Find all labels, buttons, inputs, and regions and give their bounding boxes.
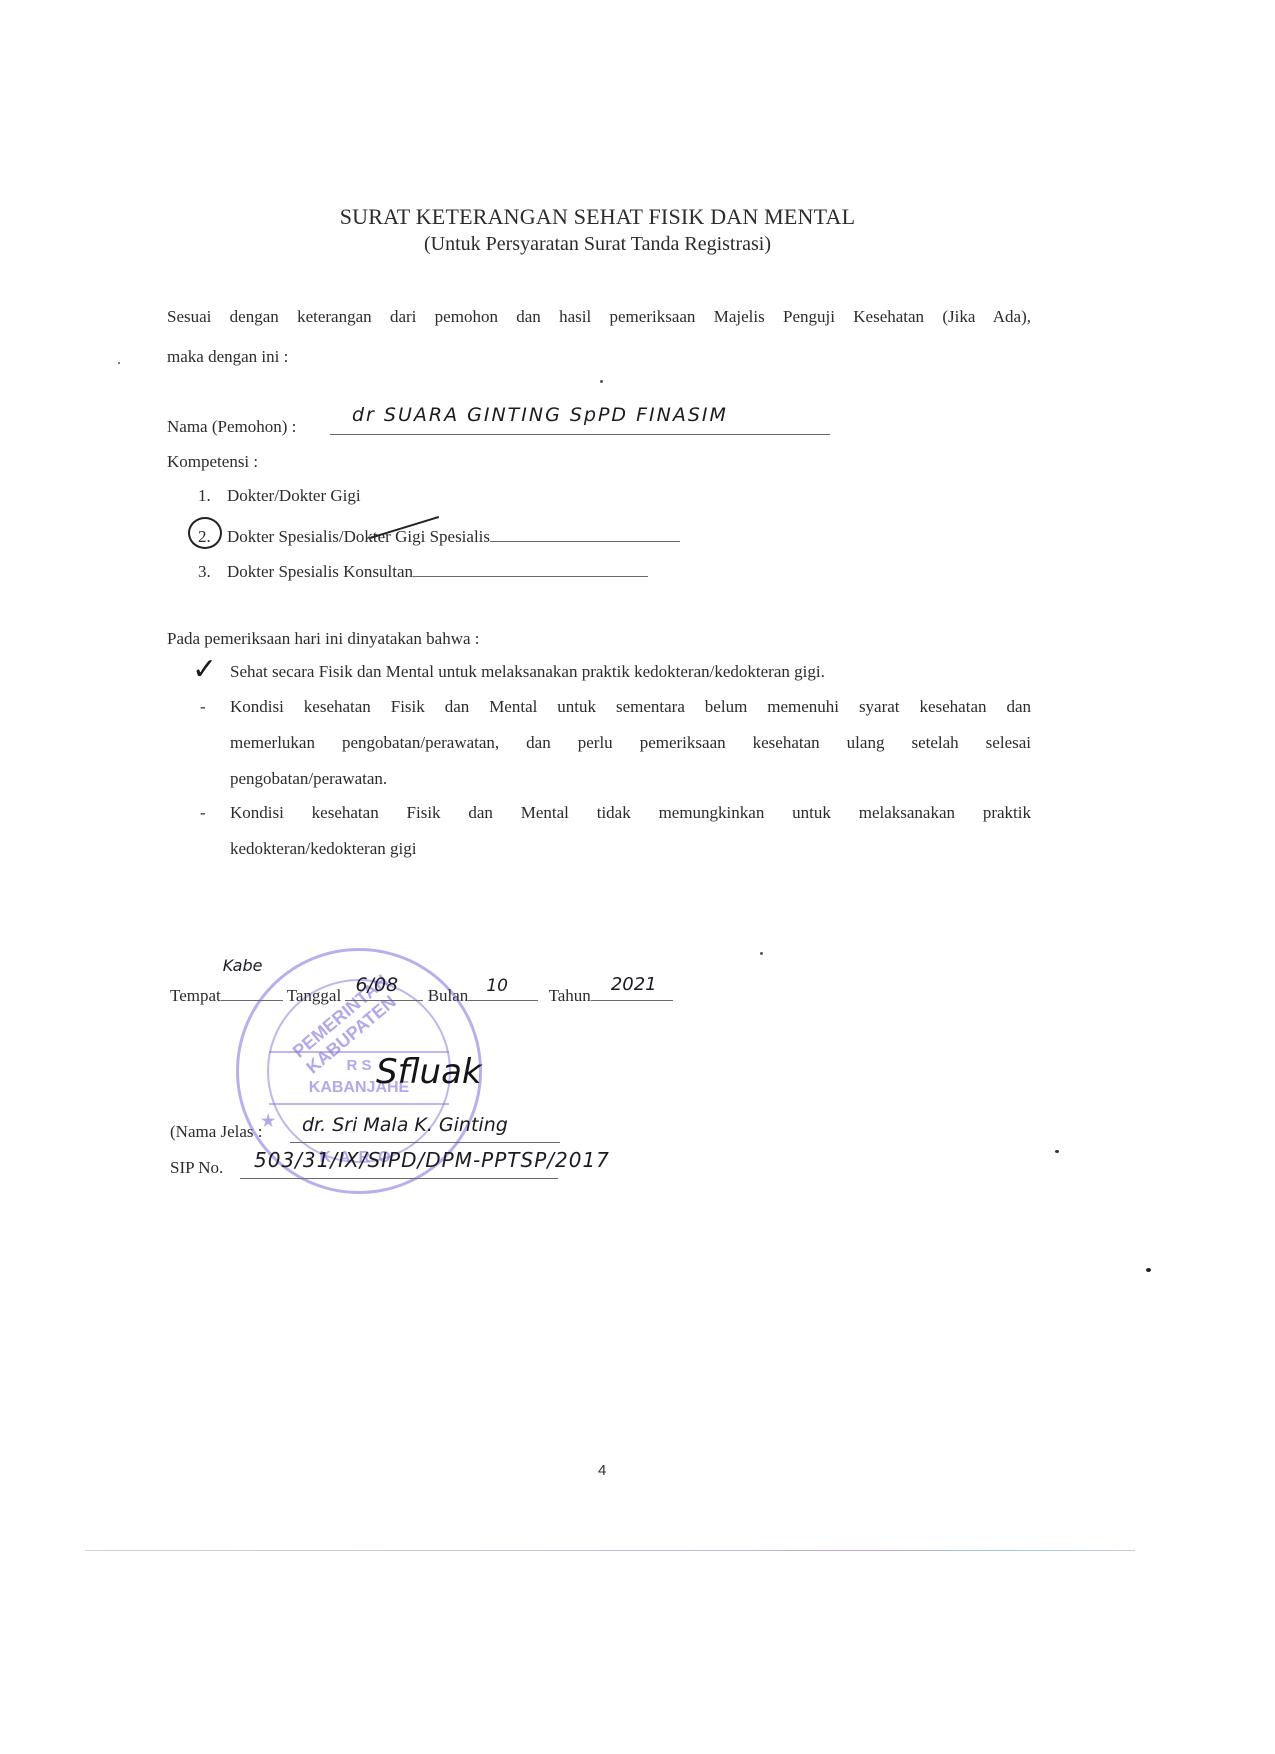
exam-option-unfit-line1[interactable]: Kondisi kesehatan Fisik dan Mental tidak…: [230, 803, 1031, 823]
scan-speck: [1146, 1268, 1151, 1272]
competence-item-1[interactable]: 1. Dokter/Dokter Gigi: [198, 486, 361, 506]
scan-speck: [600, 380, 603, 383]
exam-option-unfit-line2: kedokteran/kedokteran gigi: [230, 839, 416, 859]
clear-name-field[interactable]: dr. Sri Mala K. Ginting: [290, 1118, 560, 1143]
exam-option-temporary-line3: pengobatan/perawatan.: [230, 769, 387, 789]
applicant-name-value: dr SUARA GINTING SpPD FINASIM: [352, 404, 728, 426]
competence-item-2-blank[interactable]: [490, 521, 680, 542]
applicant-name-field[interactable]: dr SUARA GINTING SpPD FINASIM: [330, 410, 830, 435]
competence-item-3-blank[interactable]: [413, 556, 648, 577]
month-value: 10: [486, 976, 508, 996]
checkmark-icon: ✓: [192, 652, 217, 687]
sip-value: 503/31/IX/SIPD/DPM-PPTSP/2017: [254, 1148, 610, 1172]
year-value: 2021: [611, 974, 657, 995]
exam-option-healthy[interactable]: Sehat secara Fisik dan Mental untuk mela…: [230, 662, 825, 682]
competence-item-2-number: 2.: [198, 527, 211, 546]
exam-option-temporary-line2: memerlukan pengobatan/perawatan, dan per…: [230, 733, 1031, 753]
month-field[interactable]: 10: [468, 980, 538, 1001]
clear-name-label: (Nama Jelas :: [170, 1122, 263, 1142]
clear-name-value: dr. Sri Mala K. Ginting: [302, 1114, 508, 1136]
scan-speck: [118, 362, 120, 364]
date-label: Tanggal: [287, 986, 342, 1005]
document-title: SURAT KETERANGAN SEHAT FISIK DAN MENTAL: [0, 204, 1195, 230]
competence-item-2-label-part2: Spesialis: [425, 527, 490, 546]
competence-item-3[interactable]: 3. Dokter Spesialis Konsultan: [198, 556, 648, 582]
applicant-label: Nama (Pemohon) :: [167, 417, 296, 437]
document-subtitle: (Untuk Persyaratan Surat Tanda Registras…: [0, 233, 1195, 256]
exam-option-temporary-line1[interactable]: Kondisi kesehatan Fisik dan Mental untuk…: [230, 697, 1031, 717]
year-label: Tahun: [549, 986, 591, 1005]
intro-paragraph-line1: Sesuai dengan keterangan dari pemohon da…: [167, 307, 1031, 327]
dash-bullet-icon: -: [200, 803, 206, 823]
scan-speck: [760, 952, 763, 955]
scan-speck: [1055, 1150, 1059, 1153]
place-field[interactable]: Kabe: [221, 980, 283, 1001]
examination-label: Pada pemeriksaan hari ini dinyatakan bah…: [167, 629, 480, 649]
sip-label: SIP No.: [170, 1158, 223, 1178]
competence-item-1-label: Dokter/Dokter Gigi: [227, 486, 361, 505]
sip-field[interactable]: 503/31/IX/SIPD/DPM-PPTSP/2017: [240, 1152, 558, 1179]
competence-item-2-label-part1: Dokter Spesialis/Dok: [227, 527, 373, 546]
month-label: Bulan: [428, 986, 469, 1005]
competence-item-1-number: 1.: [198, 486, 211, 505]
competence-item-2[interactable]: 2. Dokter Spesialis/Dokter Gigi Spesiali…: [198, 521, 680, 547]
date-value: 6/08: [355, 974, 398, 996]
date-field[interactable]: 6/08: [345, 980, 423, 1001]
stamp-star-icon: ★: [261, 1111, 275, 1131]
signature-date-line: TempatKabe Tanggal 6/08 Bulan10 Tahun202…: [170, 980, 673, 1006]
competence-label: Kompetensi :: [167, 452, 258, 472]
page-number: 4: [598, 1462, 606, 1479]
competence-item-3-number: 3.: [198, 562, 211, 581]
dash-bullet-icon: -: [200, 697, 206, 717]
competence-item-3-label: Dokter Spesialis Konsultan: [227, 562, 413, 581]
handwritten-signature: Sfluak: [376, 1052, 482, 1092]
place-value: Kabe: [223, 956, 263, 975]
place-label: Tempat: [170, 986, 221, 1005]
intro-paragraph-line2: maka dengan ini :: [167, 347, 288, 367]
scan-footer-line: [85, 1550, 1135, 1551]
year-field[interactable]: 2021: [591, 980, 673, 1001]
stamp-band-bottom: [269, 1103, 449, 1105]
